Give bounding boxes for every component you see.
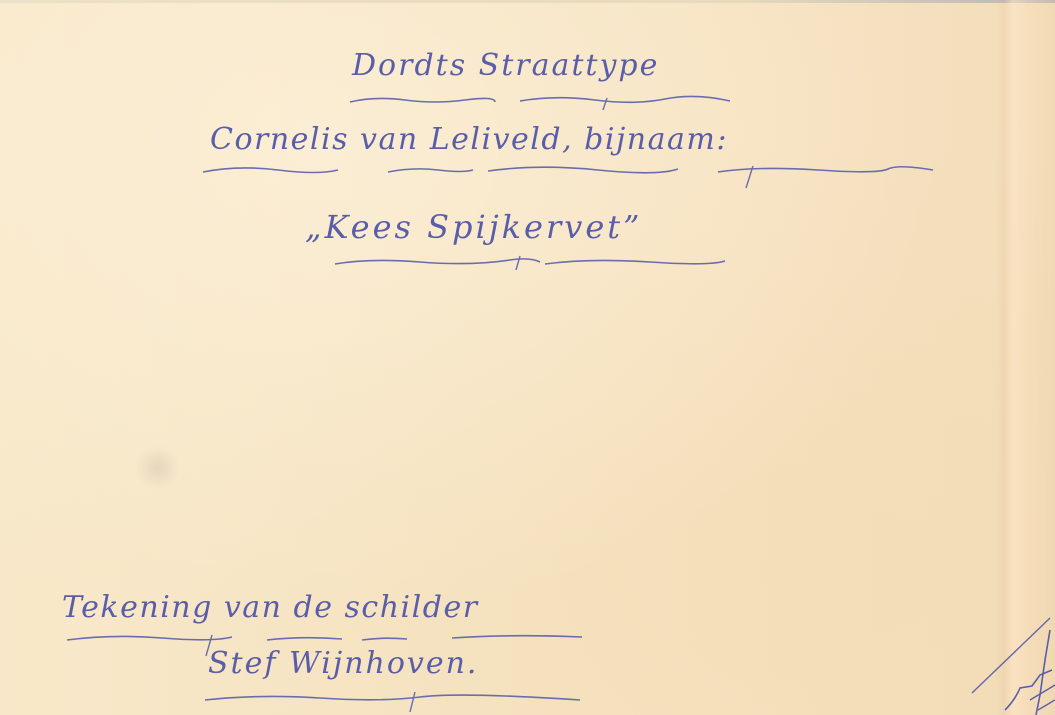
- caption-line-1: Tekening van de schilder: [62, 590, 479, 625]
- nickname-text: „Kees Spijkervet”: [305, 208, 643, 246]
- document-nickname: „Kees Spijkervet”: [305, 208, 643, 246]
- title-text: Dordts Straattype: [352, 48, 659, 83]
- caption-line-1-text: Tekening van de schilder: [62, 590, 479, 625]
- caption-line-2-text: Stef Wijnhoven.: [208, 646, 478, 681]
- paper-stain: [135, 445, 180, 490]
- document-title: Dordts Straattype: [352, 48, 659, 83]
- paper-top-edge: [0, 0, 1055, 3]
- paper-fold-crease: [995, 0, 1055, 715]
- document-subtitle: Cornelis van Leliveld, bijnaam:: [210, 122, 728, 157]
- subtitle-text: Cornelis van Leliveld, bijnaam:: [210, 122, 728, 157]
- caption-line-2: Stef Wijnhoven.: [208, 646, 478, 681]
